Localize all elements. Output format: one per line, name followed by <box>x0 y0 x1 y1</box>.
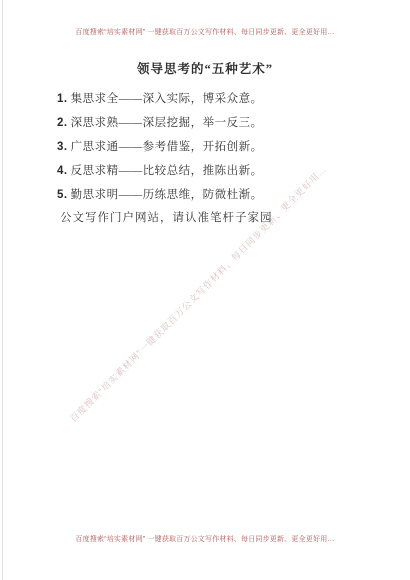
closing-line: 公文写作门户网站，请认准笔杆子家园 <box>60 209 273 225</box>
list-item: 4.反思求精——比较总结，推陈出新。 <box>57 159 377 183</box>
list-item: 1.集思求全——深入实际，博采众意。 <box>57 87 377 111</box>
list-item-text: 集思求全——深入实际，博采众意。 <box>71 93 263 105</box>
header-promo-text: 百度搜索“培实素材网” 一键获取百万公文写作材料、每日同步更新、更全更好用… <box>0 27 410 37</box>
list-item: 3.广思求通——参考借鉴，开拓创新。 <box>57 135 377 159</box>
list-item-text: 勤思求明——历练思维，防微杜渐。 <box>71 189 263 201</box>
list-item-text: 深思求熟——深层挖掘，举一反三。 <box>71 117 263 129</box>
list-item-number: 4. <box>57 165 68 177</box>
numbered-list: 1.集思求全——深入实际，博采众意。 2.深思求熟——深层挖掘，举一反三。 3.… <box>57 87 377 207</box>
list-item-number: 3. <box>57 141 68 153</box>
document-title: 领导思考的“五种艺术” <box>0 59 410 77</box>
list-item-text: 反思求精——比较总结，推陈出新。 <box>71 165 263 177</box>
footer-promo-text: 百度搜索“培实素材网” 一键获取百万公文写作材料、每日同步更新、更全更好用… <box>0 534 410 544</box>
list-item: 5.勤思求明——历练思维，防微杜渐。 <box>57 183 377 207</box>
page-left-border <box>2 0 3 580</box>
list-item-number: 1. <box>57 93 68 105</box>
list-item-number: 2. <box>57 117 68 129</box>
list-item: 2.深思求熟——深层挖掘，举一反三。 <box>57 111 377 135</box>
document-page: 百度搜索“培实素材网”一键获取百万公文写作材料、每日同步更新、更全更好用… 百度… <box>0 0 410 580</box>
list-item-number: 5. <box>57 189 68 201</box>
list-item-text: 广思求通——参考借鉴，开拓创新。 <box>71 141 263 153</box>
